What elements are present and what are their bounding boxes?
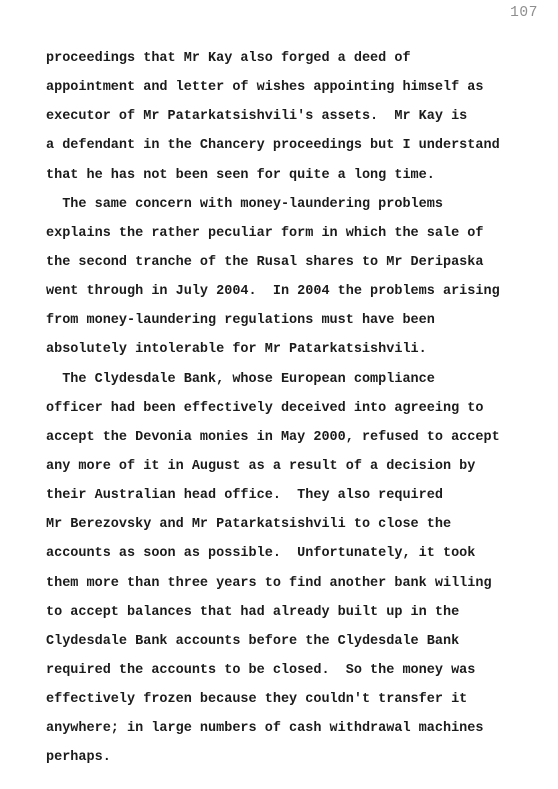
text-line: them more than three years to find anoth…	[46, 569, 558, 598]
text-line: any more of it in August as a result of …	[46, 452, 558, 481]
text-line: perhaps.	[46, 743, 558, 772]
text-line: accept the Devonia monies in May 2000, r…	[46, 423, 558, 452]
text-line: explains the rather peculiar form in whi…	[46, 219, 558, 248]
text-line: Clydesdale Bank accounts before the Clyd…	[46, 627, 558, 656]
text-line: a defendant in the Chancery proceedings …	[46, 131, 558, 160]
text-line: officer had been effectively deceived in…	[46, 394, 558, 423]
text-line: proceedings that Mr Kay also forged a de…	[46, 44, 558, 73]
text-line: went through in July 2004. In 2004 the p…	[46, 277, 558, 306]
text-line: Mr Berezovsky and Mr Patarkatsishvili to…	[46, 510, 558, 539]
text-line: accounts as soon as possible. Unfortunat…	[46, 539, 558, 568]
text-line: required the accounts to be closed. So t…	[46, 656, 558, 685]
text-line: to accept balances that had already buil…	[46, 598, 558, 627]
text-line: The Clydesdale Bank, whose European comp…	[46, 365, 558, 394]
text-line: their Australian head office. They also …	[46, 481, 558, 510]
text-line: The same concern with money-laundering p…	[46, 190, 558, 219]
text-line: appointment and letter of wishes appoint…	[46, 73, 558, 102]
document-body: proceedings that Mr Kay also forged a de…	[46, 44, 558, 773]
document-page: 107 proceedings that Mr Kay also forged …	[0, 0, 558, 789]
text-line: executor of Mr Patarkatsishvili's assets…	[46, 102, 558, 131]
page-number: 107	[510, 6, 538, 21]
text-line: the second tranche of the Rusal shares t…	[46, 248, 558, 277]
text-line: anywhere; in large numbers of cash withd…	[46, 714, 558, 743]
text-line: effectively frozen because they couldn't…	[46, 685, 558, 714]
text-line: that he has not been seen for quite a lo…	[46, 161, 558, 190]
text-line: from money-laundering regulations must h…	[46, 306, 558, 335]
text-line: absolutely intolerable for Mr Patarkatsi…	[46, 335, 558, 364]
